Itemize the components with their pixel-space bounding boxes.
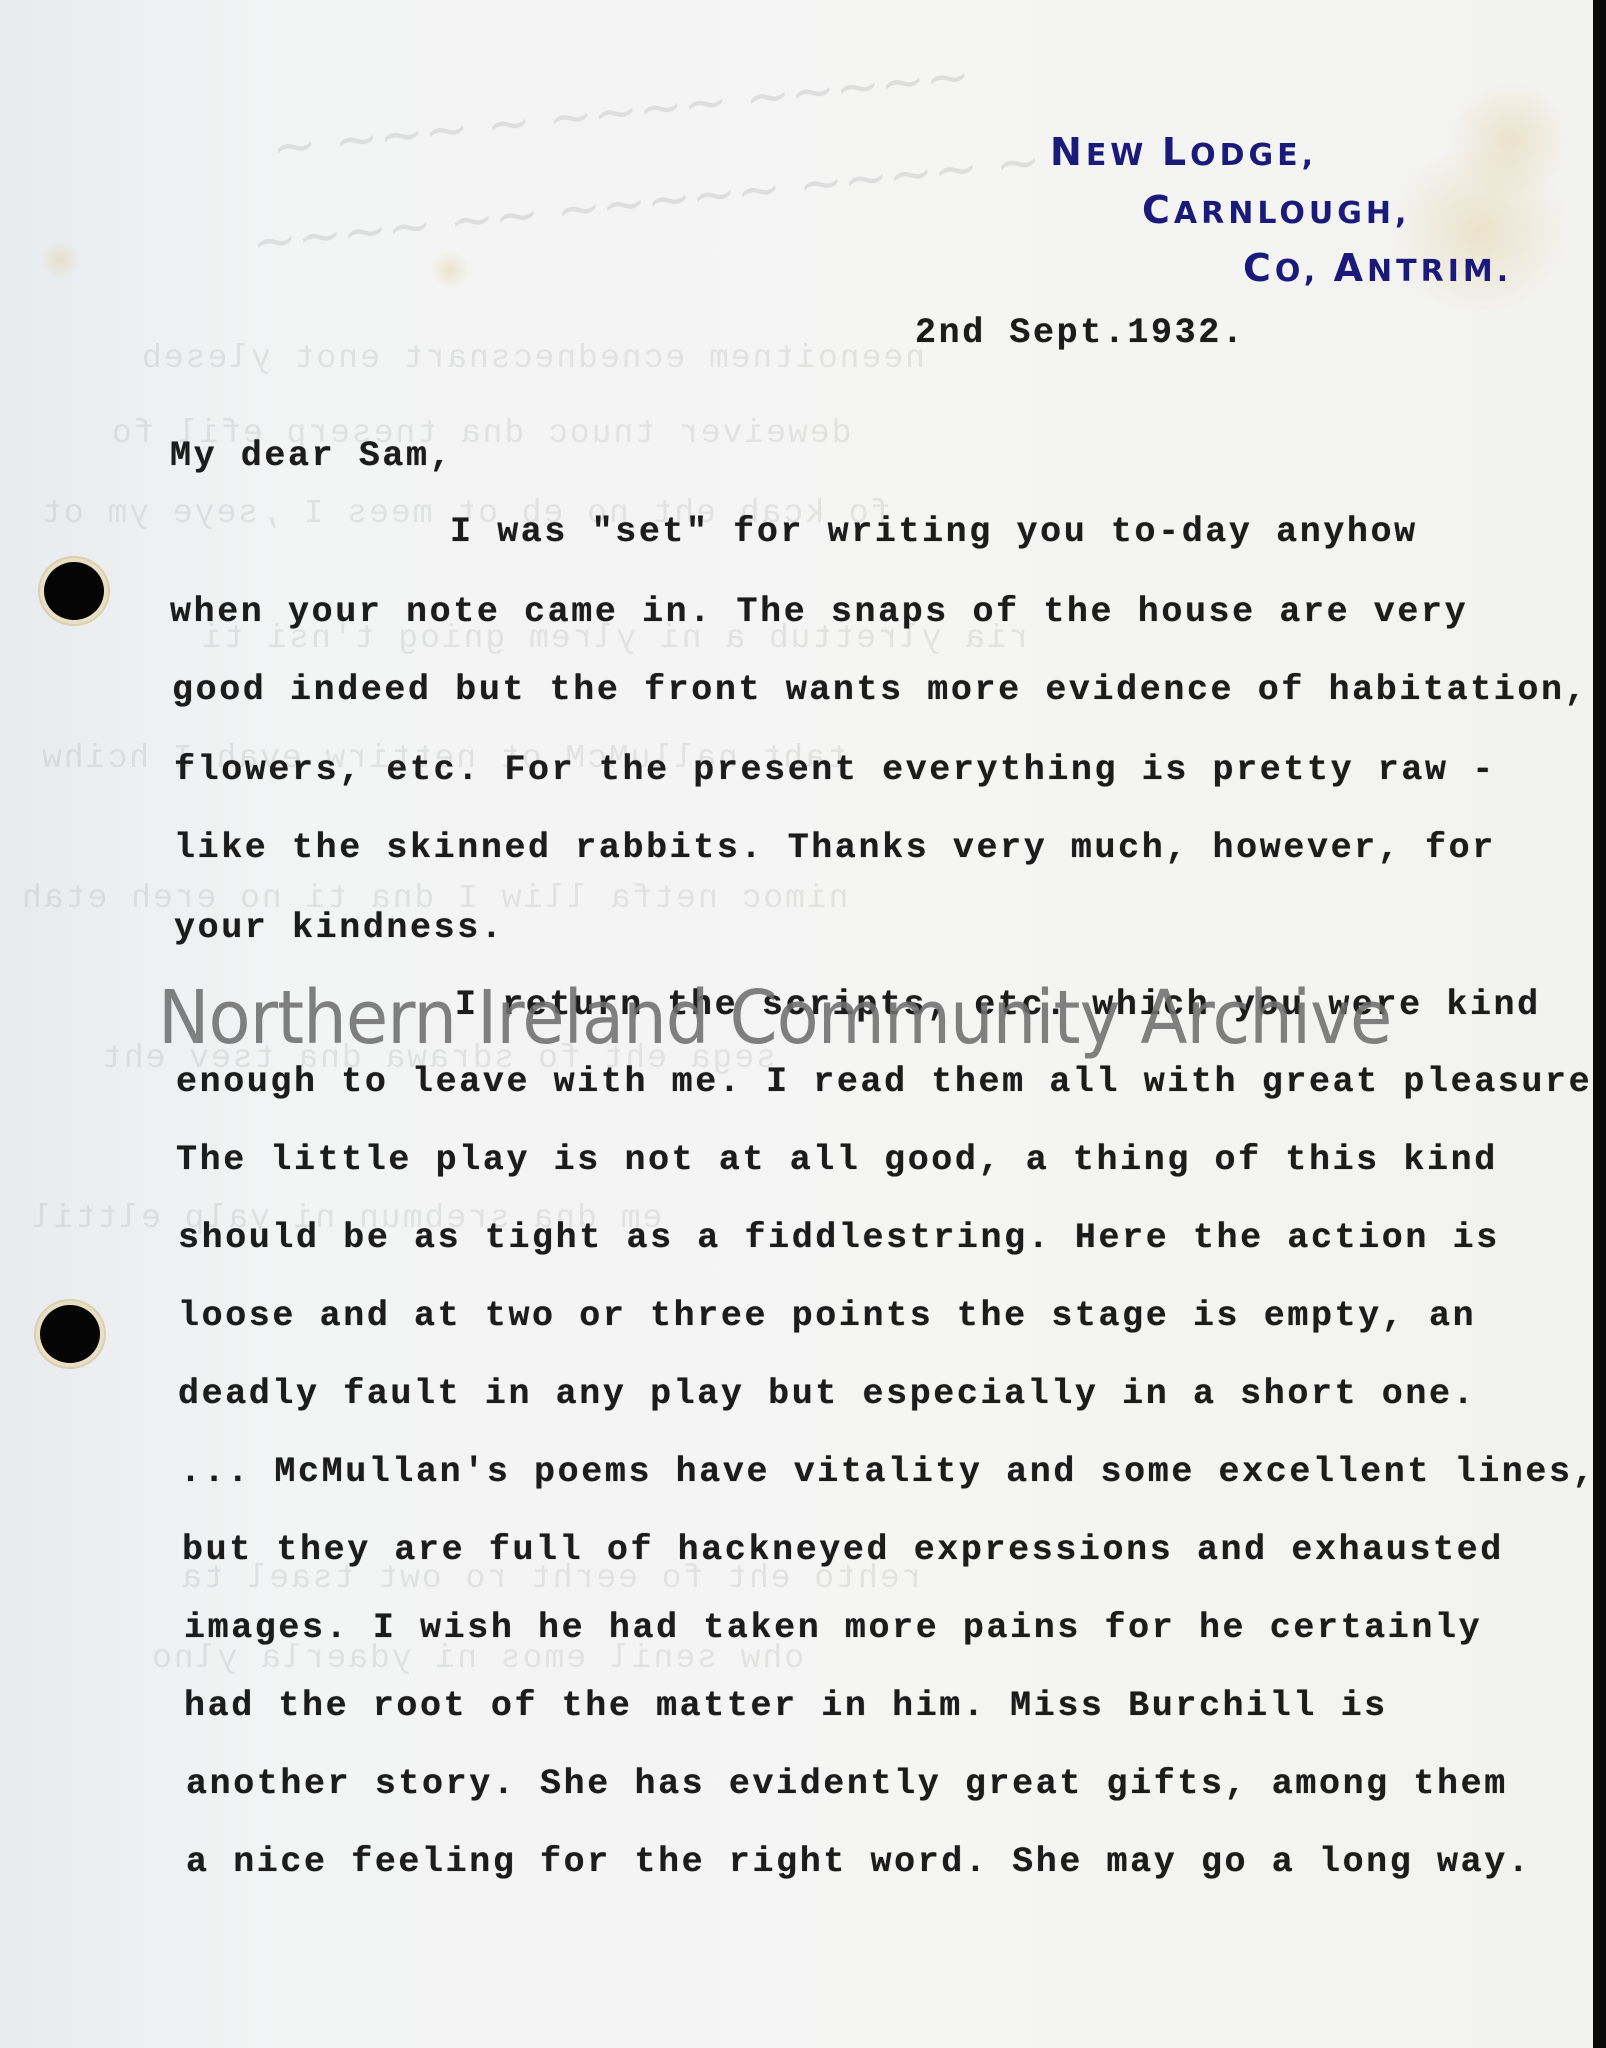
body-line: should be as tight as a fiddlestring. He… <box>178 1218 1500 1258</box>
body-line: good indeed but the front wants more evi… <box>172 670 1588 710</box>
body-line: another story. She has evidently great g… <box>186 1764 1508 1804</box>
letterhead-line-1: NEW LODGE, <box>1050 130 1317 174</box>
paper-stain <box>430 250 470 290</box>
paper-stain <box>40 240 80 280</box>
body-line: enough to leave with me. I read them all… <box>176 1062 1592 1102</box>
letter-page: ~ ~~~ ~ ~~~~ ~~~~~ ~~~~ ~~ ~~~~~ ~~~~ ~ … <box>0 0 1593 2048</box>
salutation: My dear Sam, <box>170 436 453 476</box>
body-line: when your note came in. The snaps of the… <box>170 592 1468 632</box>
body-line: like the skinned rabbits. Thanks very mu… <box>174 828 1496 868</box>
body-line: ... McMullan's poems have vitality and s… <box>180 1452 1596 1492</box>
body-line: The little play is not at all good, a th… <box>176 1140 1498 1180</box>
paper-stain <box>1450 80 1570 200</box>
punch-hole <box>44 562 104 620</box>
letter-date: 2nd Sept.1932. <box>915 313 1245 353</box>
body-line: a nice feeling for the right word. She m… <box>186 1842 1531 1882</box>
body-line: deadly fault in any play but especially … <box>178 1374 1476 1414</box>
body-line: had the root of the matter in him. Miss … <box>184 1686 1388 1726</box>
bleed-through-text: neenoitnem ecnednecsnart enot yleseb <box>140 340 925 377</box>
body-line: flowers, etc. For the present everything… <box>174 750 1496 790</box>
archive-watermark: Northern Ireland Community Archive <box>158 975 1391 1061</box>
scan-edge <box>1593 0 1606 2048</box>
letterhead-line-3: CO, ANTRIM. <box>1243 246 1512 290</box>
body-line: I was "set" for writing you to-day anyho… <box>450 512 1418 552</box>
body-line: images. I wish he had taken more pains f… <box>184 1608 1482 1648</box>
punch-hole <box>40 1305 100 1363</box>
body-line: your kindness. <box>174 908 504 948</box>
body-line: loose and at two or three points the sta… <box>178 1296 1476 1336</box>
letterhead-line-2: CARNLOUGH, <box>1142 188 1410 232</box>
body-line: but they are full of hackneyed expressio… <box>182 1530 1504 1570</box>
